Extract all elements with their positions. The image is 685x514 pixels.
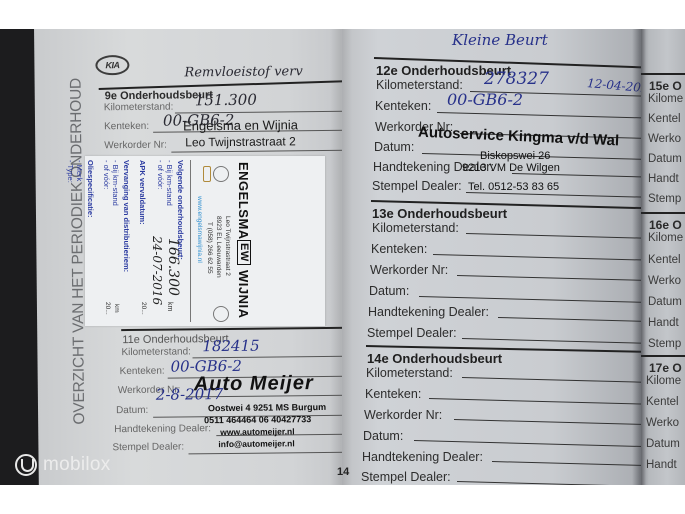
service-13-title: 13e Onderhoudsbeurt <box>372 206 507 221</box>
far-plate-label: Kentel <box>648 254 681 266</box>
page-gutter-shadow <box>632 29 646 485</box>
service-9-plate-label: Kenteken: <box>104 121 149 132</box>
section-divider <box>641 355 685 357</box>
sticker-content: ENGELSMA EW WIJNIA Leo Twijnstrastraat 2… <box>15 156 255 326</box>
field-line <box>429 398 646 405</box>
service-12-stamp-address2: 9213 VM De Wilgen <box>462 162 560 174</box>
service-13-signature-label: Handtekening Dealer: <box>368 305 489 319</box>
service-12-stamp-label: Stempel Dealer: <box>372 179 462 193</box>
far-km-label: Kilome <box>646 375 681 387</box>
opel-logo-icon <box>213 166 229 182</box>
service-11-stamp-label: Stempel Dealer: <box>112 441 184 453</box>
sticker-website: www.engelsmawijnia.nl <box>196 196 203 263</box>
far-plate-label: Kentel <box>646 396 679 408</box>
sticker-address2: 8923 EL Leeuwarden <box>215 216 222 278</box>
field-line <box>457 481 646 485</box>
service-9-stamp-name: Engelsma en Wijnia <box>183 117 298 133</box>
field-line <box>419 296 645 303</box>
far-workorder-label: Werko <box>648 275 681 287</box>
service-14-km-label: Kilometerstand: <box>366 366 453 380</box>
field-line <box>457 275 645 281</box>
belt-label: Vervanging van distributieriem: <box>122 160 131 272</box>
watermark: mobilox <box>15 454 111 476</box>
sticker-brand-left: ENGELSMA <box>236 162 251 240</box>
service-11-km-value: 182415 <box>202 337 259 356</box>
service-14-workorder-label: Werkorder Nr: <box>364 408 442 422</box>
service-12-plate-value: 00-GB6-2 <box>447 90 523 109</box>
next-service-km-unit: km <box>166 302 173 311</box>
apk-label: APK vervaldatum: <box>138 160 147 225</box>
service-14-plate-label: Kenteken: <box>365 387 421 401</box>
far-date-label: Datum <box>648 296 682 308</box>
next-service-date-label: - of vóór: <box>156 160 165 190</box>
service-11-stamp-address: Oostwei 4 9251 MS Burgum <box>208 402 326 413</box>
service-14-date-label: Datum: <box>363 429 403 443</box>
service-sticker: ENGELSMA EW WIJNIA Leo Twijnstrastraat 2… <box>85 156 325 326</box>
service-11-date-value: 2-8-2017 <box>156 385 224 404</box>
next-page-edge: 15e O Kilome Kentel Werko Datum Handt St… <box>641 29 685 485</box>
page-gutter <box>330 29 352 485</box>
section-divider <box>99 80 349 90</box>
next-service-km-value: 166.300 <box>165 238 181 296</box>
oil-brand-label: - Merk <box>75 160 84 181</box>
field-line <box>433 254 645 261</box>
service-9-workorder-label: Werkorder Nr: <box>104 140 167 152</box>
next-service-date-value: 24-07-2016 <box>150 236 164 305</box>
section-divider <box>121 327 361 332</box>
watermark-text: mobilox <box>43 454 111 476</box>
service-11-stamp-email: info@automeijer.nl <box>218 438 294 449</box>
belt-km-label: - Bij km-stand <box>111 160 120 206</box>
service-12-plate-label: Kenteken: <box>375 99 431 113</box>
belt-km-unit: km <box>113 304 120 313</box>
service-13-km-label: Kilometerstand: <box>372 221 459 235</box>
kia-logo: KIA <box>95 55 129 75</box>
next-service-km-label: - Bij km-stand <box>165 160 174 206</box>
sticker-address1: Leo Twijnstrastraat 2 <box>224 216 231 276</box>
far-km-label: Kilome <box>648 93 683 105</box>
far-signature-label: Handt <box>648 173 679 185</box>
service-9-note: Remvloeistof verv <box>184 64 302 80</box>
service-14-stamp-label: Stempel Dealer: <box>361 470 451 484</box>
service-11-stamp-web: www.automeijer.nl <box>220 426 294 437</box>
service-13-stamp-label: Stempel Dealer: <box>367 326 457 340</box>
service-12-date-label: Datum: <box>374 140 414 154</box>
service-11-plate-label: Kenteken: <box>120 366 165 377</box>
field-line <box>498 317 645 322</box>
right-page: Kleine Beurt 12e Onderhoudsbeurt Kilomet… <box>342 29 642 485</box>
field-line <box>462 377 646 383</box>
far-date-label: Datum <box>646 438 680 450</box>
service-9-km-value: 151.300 <box>195 91 257 110</box>
service-9-stamp-address: Leo Twijnstrastraat 2 <box>185 134 296 149</box>
far-signature-label: Handt <box>648 317 679 329</box>
field-line <box>462 338 645 344</box>
service-13-date-label: Datum: <box>369 284 409 298</box>
service-11-date-label: Datum: <box>116 405 148 416</box>
service-14-signature-label: Handtekening Dealer: <box>362 450 483 464</box>
far-stamp-label: Stemp <box>648 338 681 350</box>
sticker-brand-right: WIJNIA <box>236 270 251 319</box>
sticker-phone: T (058) 266 62 55 <box>206 222 213 274</box>
belt-date-value: 20... <box>104 302 111 315</box>
far-date-label: Datum <box>648 153 682 165</box>
service-17-title: 17e O <box>649 361 682 375</box>
section-divider <box>641 73 685 75</box>
nissan-logo-icon <box>213 306 229 322</box>
apk-value: 20... <box>140 302 147 315</box>
field-line <box>437 112 645 119</box>
field-line <box>454 419 646 425</box>
sticker-brand-mark: EW <box>237 240 251 265</box>
service-15-title: 15e O <box>649 79 682 93</box>
sticker-divider <box>190 160 191 322</box>
service-booklet-photo: KIA OVERZICHT VAN HET PERIODIEK ONDERHOU… <box>0 29 685 485</box>
service-12-km-value: 278327 <box>484 69 549 89</box>
oil-spec-label: Oliespecificatie: <box>86 160 95 218</box>
field-line <box>466 233 646 239</box>
service-11-signature-label: Handtekening Dealer: <box>114 423 211 435</box>
chevrolet-logo-icon <box>203 166 211 182</box>
far-stamp-label: Stemp <box>648 193 681 205</box>
service-16-title: 16e O <box>649 218 682 232</box>
mobilox-logo-icon <box>15 454 37 476</box>
field-line <box>414 440 646 447</box>
oil-type-label: - Type: <box>66 160 75 183</box>
far-signature-label: Handt <box>646 459 677 471</box>
service-11-stamp-phone: 0511 464464 06 40427733 <box>204 414 311 425</box>
service-13-plate-label: Kenteken: <box>371 242 427 256</box>
far-workorder-label: Werko <box>648 133 681 145</box>
section-divider <box>641 212 685 214</box>
far-km-label: Kilome <box>648 232 683 244</box>
service-13-workorder-label: Werkorder Nr: <box>370 263 448 277</box>
field-line <box>492 461 646 466</box>
service-12-note: Kleine Beurt <box>452 31 548 49</box>
service-12-stamp-phone: Tel. 0512-53 83 65 <box>468 181 559 193</box>
service-14-title: 14e Onderhoudsbeurt <box>367 351 502 366</box>
service-11-km-label: Kilometerstand: <box>121 346 191 358</box>
far-plate-label: Kentel <box>648 113 681 125</box>
field-line <box>171 150 345 153</box>
service-12-stamp-brand: Autoservice Kingma v/d Wal <box>418 124 620 150</box>
page-number: 14 <box>337 466 349 478</box>
belt-date-label: - of vóór: <box>102 160 111 190</box>
far-workorder-label: Werko <box>646 417 679 429</box>
